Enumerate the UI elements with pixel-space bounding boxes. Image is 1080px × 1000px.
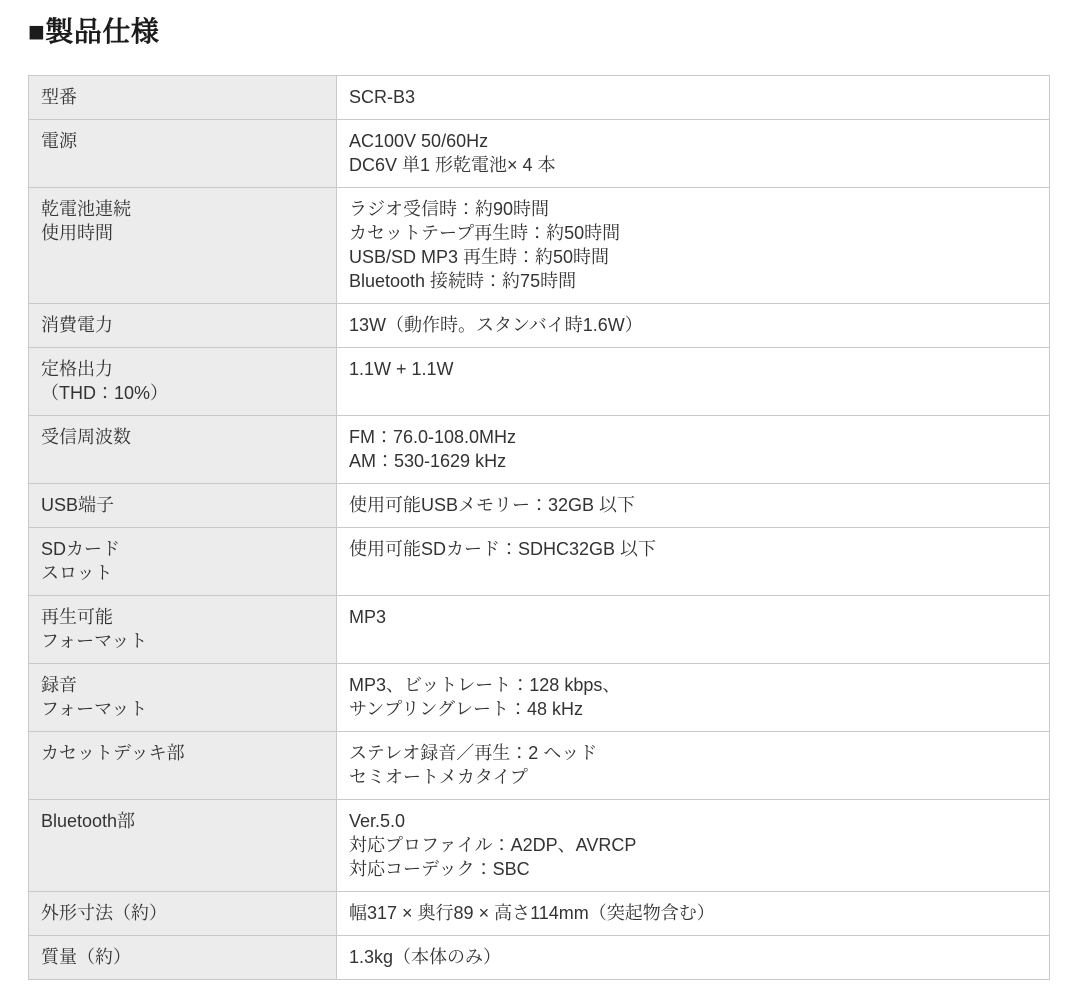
spec-row: Bluetooth部 Ver.5.0 対応プロファイル：A2DP、AVRCP 対… [29, 800, 1050, 892]
spec-label: 電源 [29, 120, 337, 188]
spec-value: ラジオ受信時：約90時間 カセットテープ再生時：約50時間 USB/SD MP3… [337, 188, 1050, 304]
spec-value: ステレオ録音／再生：2 ヘッド セミオートメカタイプ [337, 732, 1050, 800]
spec-row: 定格出力 （THD：10%） 1.1W + 1.1W [29, 348, 1050, 416]
spec-value: MP3 [337, 596, 1050, 664]
spec-label: 録音 フォーマット [29, 664, 337, 732]
spec-row: 乾電池連続 使用時間 ラジオ受信時：約90時間 カセットテープ再生時：約50時間… [29, 188, 1050, 304]
spec-value: 幅317 × 奥行89 × 高さ114mm（突起物含む） [337, 892, 1050, 936]
spec-value: Ver.5.0 対応プロファイル：A2DP、AVRCP 対応コーデック：SBC [337, 800, 1050, 892]
spec-row: 質量（約） 1.3kg（本体のみ） [29, 936, 1050, 980]
spec-value: SCR-B3 [337, 76, 1050, 120]
spec-label: 質量（約） [29, 936, 337, 980]
spec-row: 型番 SCR-B3 [29, 76, 1050, 120]
spec-value: 使用可能USBメモリー：32GB 以下 [337, 484, 1050, 528]
spec-label: 受信周波数 [29, 416, 337, 484]
spec-value: MP3、ビットレート：128 kbps、 サンプリングレート：48 kHz [337, 664, 1050, 732]
spec-label: 再生可能 フォーマット [29, 596, 337, 664]
spec-table-body: 型番 SCR-B3 電源 AC100V 50/60Hz DC6V 単1 形乾電池… [29, 76, 1050, 980]
spec-value: 使用可能SDカード：SDHC32GB 以下 [337, 528, 1050, 596]
spec-row: 録音 フォーマット MP3、ビットレート：128 kbps、 サンプリングレート… [29, 664, 1050, 732]
spec-row: SDカード スロット 使用可能SDカード：SDHC32GB 以下 [29, 528, 1050, 596]
page-title: ■製品仕様 [28, 10, 1052, 50]
spec-label: SDカード スロット [29, 528, 337, 596]
spec-row: 受信周波数 FM：76.0-108.0MHz AM：530-1629 kHz [29, 416, 1050, 484]
spec-value: 1.3kg（本体のみ） [337, 936, 1050, 980]
spec-label: 消費電力 [29, 304, 337, 348]
spec-label: 外形寸法（約） [29, 892, 337, 936]
spec-table: 型番 SCR-B3 電源 AC100V 50/60Hz DC6V 単1 形乾電池… [28, 75, 1050, 980]
spec-row: 消費電力 13W（動作時。スタンバイ時1.6W） [29, 304, 1050, 348]
spec-value: 1.1W + 1.1W [337, 348, 1050, 416]
spec-value: FM：76.0-108.0MHz AM：530-1629 kHz [337, 416, 1050, 484]
spec-label: 乾電池連続 使用時間 [29, 188, 337, 304]
spec-row: 外形寸法（約） 幅317 × 奥行89 × 高さ114mm（突起物含む） [29, 892, 1050, 936]
product-spec-page: ■製品仕様 型番 SCR-B3 電源 AC100V 50/60Hz DC6V 単… [0, 0, 1080, 1000]
spec-label: Bluetooth部 [29, 800, 337, 892]
spec-value: 13W（動作時。スタンバイ時1.6W） [337, 304, 1050, 348]
spec-label: USB端子 [29, 484, 337, 528]
spec-label: 型番 [29, 76, 337, 120]
spec-label: 定格出力 （THD：10%） [29, 348, 337, 416]
spec-row: カセットデッキ部 ステレオ録音／再生：2 ヘッド セミオートメカタイプ [29, 732, 1050, 800]
spec-value: AC100V 50/60Hz DC6V 単1 形乾電池× 4 本 [337, 120, 1050, 188]
spec-row: 電源 AC100V 50/60Hz DC6V 単1 形乾電池× 4 本 [29, 120, 1050, 188]
spec-row: 再生可能 フォーマット MP3 [29, 596, 1050, 664]
spec-row: USB端子 使用可能USBメモリー：32GB 以下 [29, 484, 1050, 528]
spec-label: カセットデッキ部 [29, 732, 337, 800]
